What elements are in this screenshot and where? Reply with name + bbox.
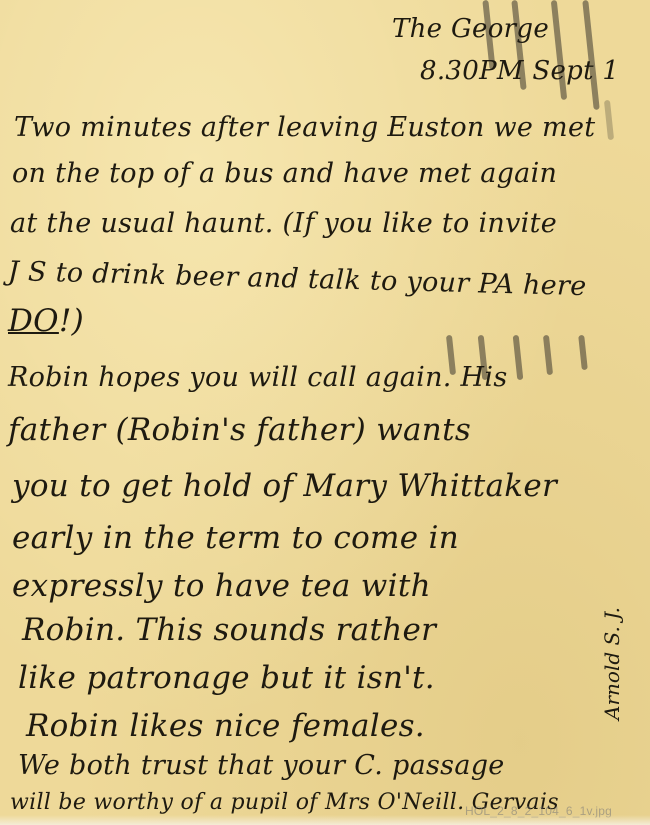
body-line-emphasis: DO!)	[8, 303, 84, 339]
body-line: you to get hold of Mary Whittaker	[12, 468, 557, 504]
body-line: at the usual haunt. (If you like to invi…	[10, 208, 557, 239]
body-line: We both trust that your C. passage	[18, 750, 505, 781]
header-place: The George	[392, 14, 549, 44]
body-line: expressly to have tea with	[12, 568, 431, 604]
header-time-date: 8.30PM Sept 1	[420, 56, 619, 86]
underlined-word: DO	[8, 303, 59, 339]
body-line: Robin hopes you will call again. His	[8, 362, 507, 393]
paper-bottom-edge	[0, 815, 650, 825]
body-line-tail: !)	[59, 303, 84, 339]
body-line: Robin likes nice females.	[26, 708, 425, 744]
body-line: Two minutes after leaving Euston we met	[14, 112, 595, 143]
body-line: Robin. This sounds rather	[22, 612, 436, 648]
body-line: like patronage but it isn't.	[18, 660, 435, 696]
margin-note-vertical: Arnold S. J.	[600, 607, 624, 720]
body-line: early in the term to come in	[12, 520, 459, 556]
body-line: father (Robin's father) wants	[8, 412, 471, 448]
body-line: on the top of a bus and have met again	[12, 158, 557, 189]
